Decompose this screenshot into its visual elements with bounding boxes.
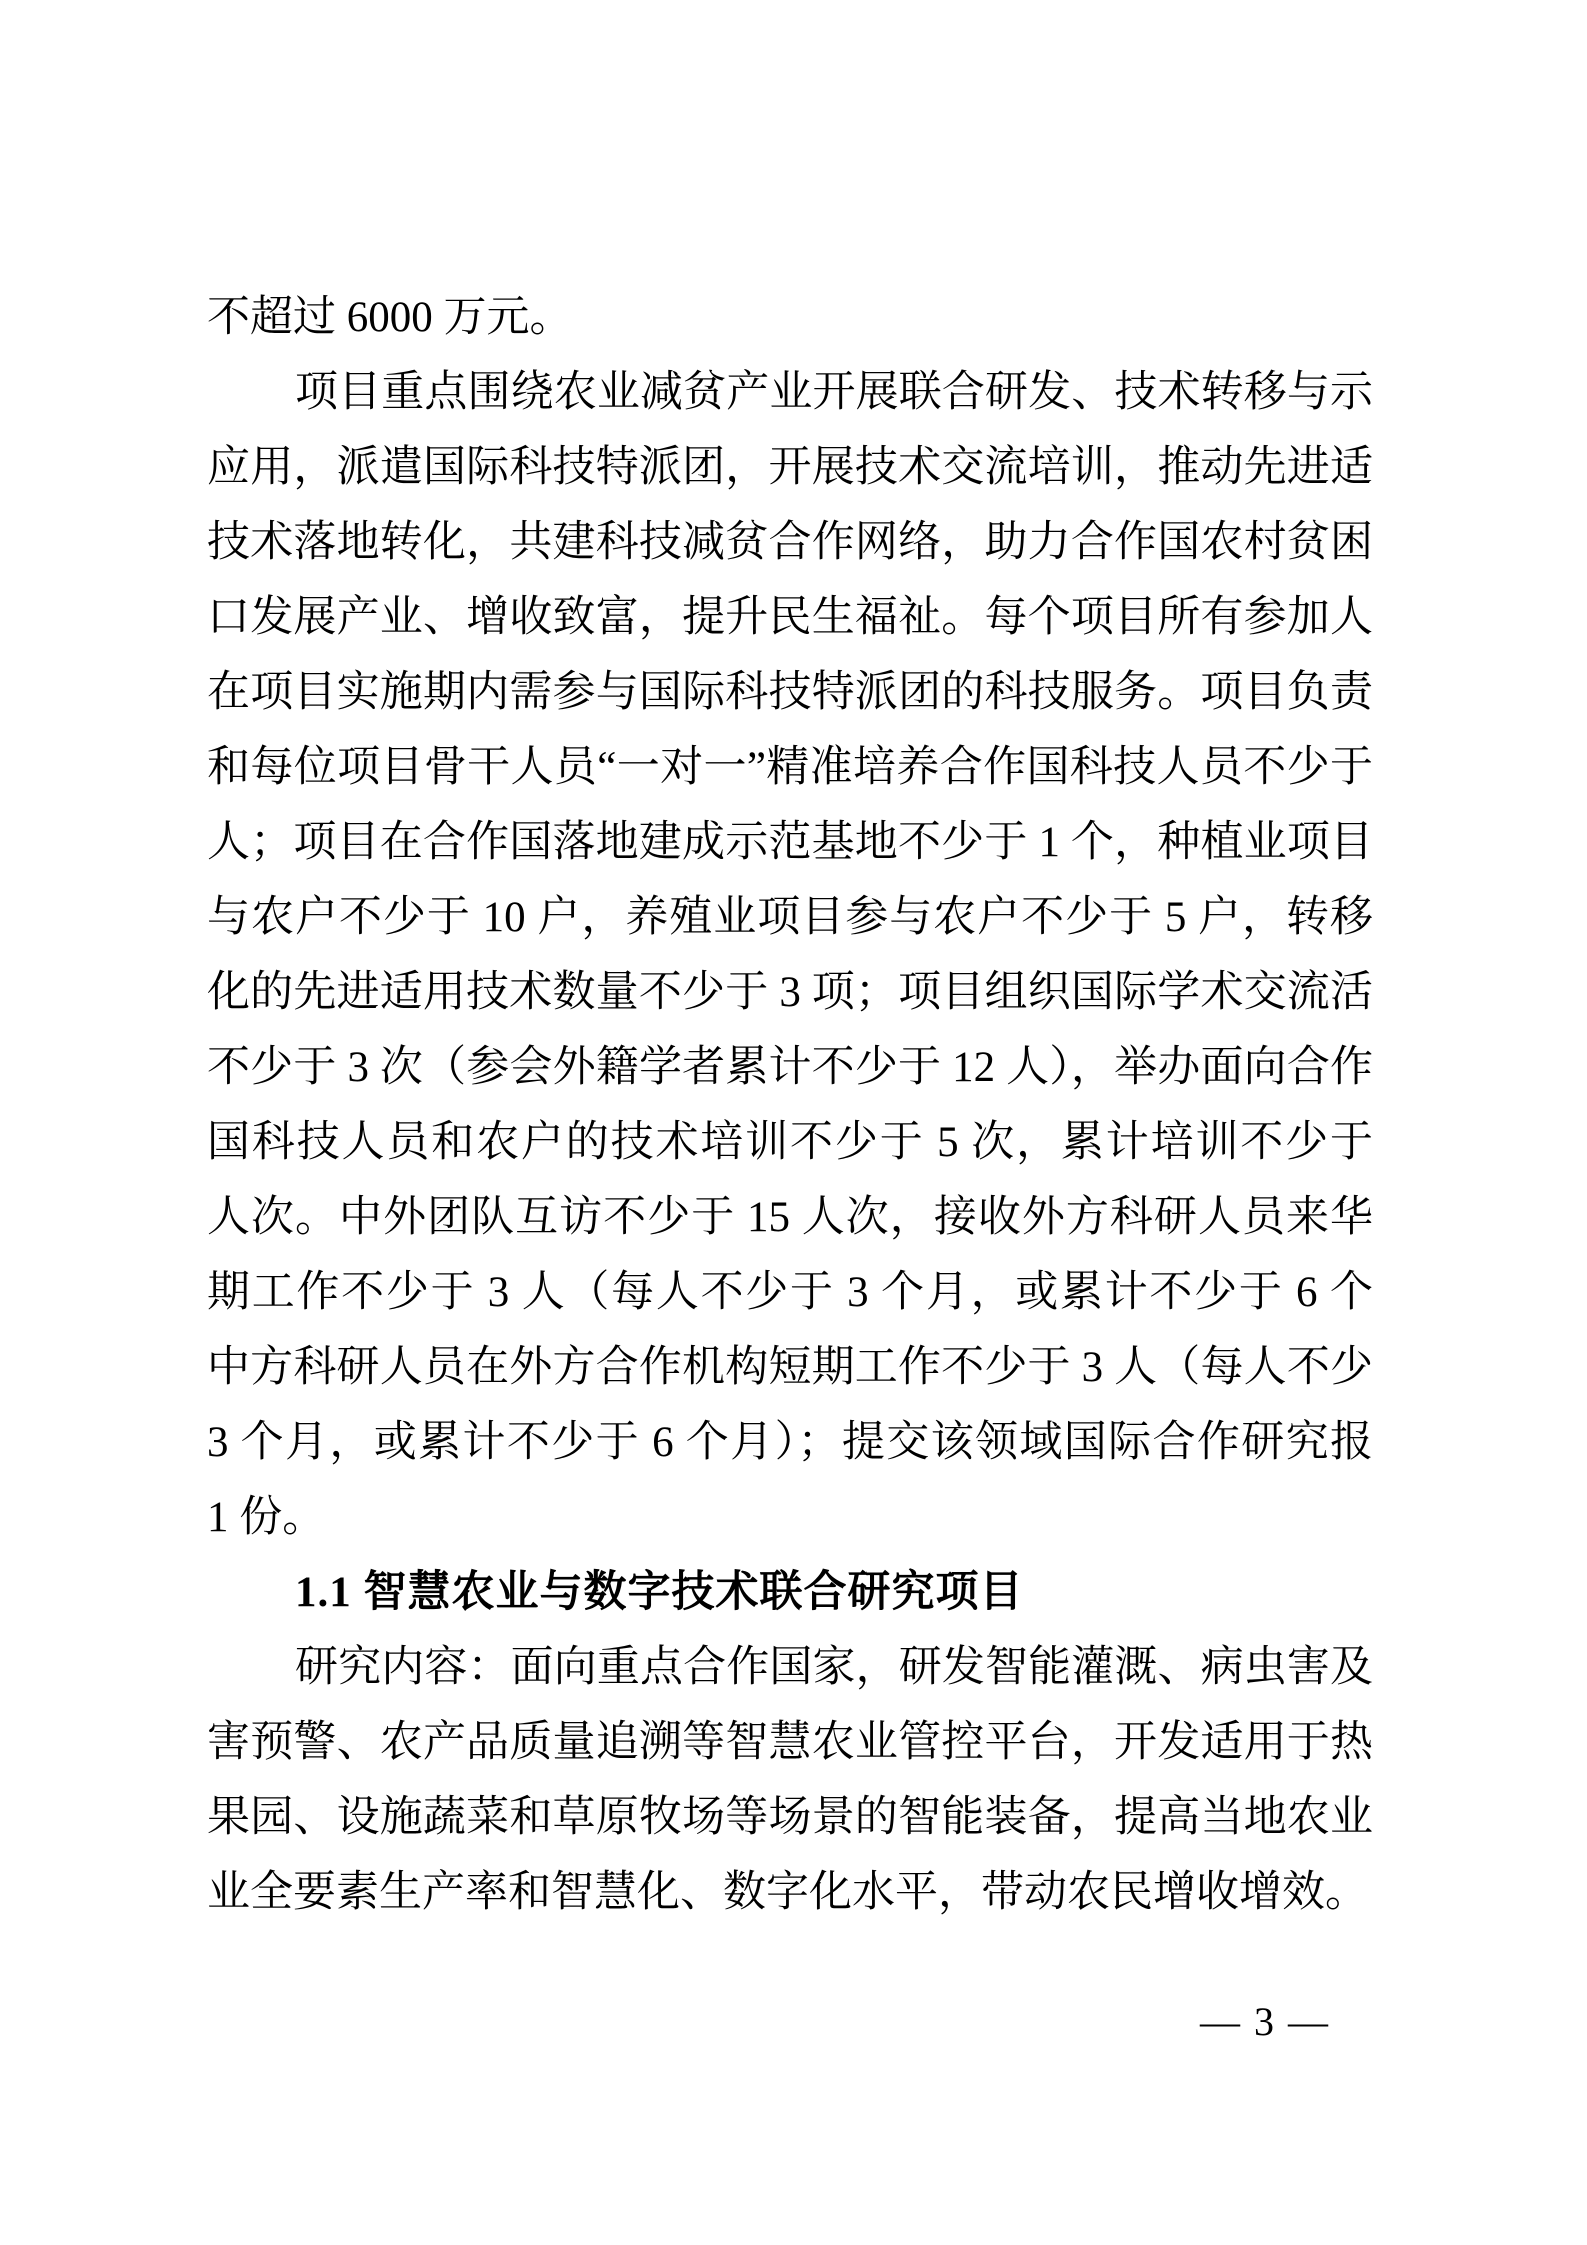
document-page: 不超过 6000 万元。 项目重点围绕农业减贫产业开展联合研发、技术转移与示范 … bbox=[0, 0, 1587, 2245]
page-number: — 3 — bbox=[1150, 1998, 1380, 2046]
text-line: 国科技人员和农户的技术培训不少于 5 次，累计培训不少于 200 bbox=[207, 1105, 1373, 1180]
text-line: 不少于 3 次（参会外籍学者累计不少于 12 人），举办面向合作 bbox=[207, 1030, 1373, 1105]
text-line: 人；项目在合作国落地建成示范基地不少于 1 个，种植业项目参 bbox=[207, 805, 1373, 880]
text-line: 中方科研人员在外方合作机构短期工作不少于 3 人（每人不少于 bbox=[207, 1330, 1373, 1405]
text-line: 1 份。 bbox=[207, 1480, 1373, 1555]
text-line: 技术落地转化，共建科技减贫合作网络，助力合作国农村贫困人 bbox=[207, 505, 1373, 580]
text-line: 项目重点围绕农业减贫产业开展联合研发、技术转移与示范 bbox=[207, 355, 1373, 430]
text-line: 口发展产业、增收致富，提升民生福祉。每个项目所有参加人员 bbox=[207, 580, 1373, 655]
text-line: 害预警、农产品质量追溯等智慧农业管控平台，开发适用于热区 bbox=[207, 1705, 1373, 1780]
text-line: 3 个月，或累计不少于 6 个月）；提交该领域国际合作研究报告 bbox=[207, 1405, 1373, 1480]
text-line: 研究内容：面向重点合作国家，研发智能灌溉、病虫害及灾 bbox=[207, 1630, 1373, 1705]
section-heading: 1.1 智慧农业与数字技术联合研究项目 bbox=[207, 1555, 1373, 1630]
text-line: 应用，派遣国际科技特派团，开展技术交流培训，推动先进适用 bbox=[207, 430, 1373, 505]
text-line: 业全要素生产率和智慧化、数字化水平，带动农民增收增效。 bbox=[207, 1855, 1373, 1930]
text-line: 期工作不少于 3 人（每人不少于 3 个月，或累计不少于 6 个月）， bbox=[207, 1255, 1373, 1330]
text-line: 人次。中外团队互访不少于 15 人次，接收外方科研人员来华短 bbox=[207, 1180, 1373, 1255]
text-line: 果园、设施蔬菜和草原牧场等场景的智能装备，提高当地农业产 bbox=[207, 1780, 1373, 1855]
text-line: 不超过 6000 万元。 bbox=[207, 280, 1373, 355]
text-line: 与农户不少于 10 户，养殖业项目参与农户不少于 5 户，转移转 bbox=[207, 880, 1373, 955]
text-line: 化的先进适用技术数量不少于 3 项；项目组织国际学术交流活动 bbox=[207, 955, 1373, 1030]
body-text: 不超过 6000 万元。 项目重点围绕农业减贫产业开展联合研发、技术转移与示范 … bbox=[207, 280, 1373, 1930]
text-line: 在项目实施期内需参与国际科技特派团的科技服务。项目负责人 bbox=[207, 655, 1373, 730]
text-line: 和每位项目骨干人员“一对一”精准培养合作国科技人员不少于 2 bbox=[207, 730, 1373, 805]
